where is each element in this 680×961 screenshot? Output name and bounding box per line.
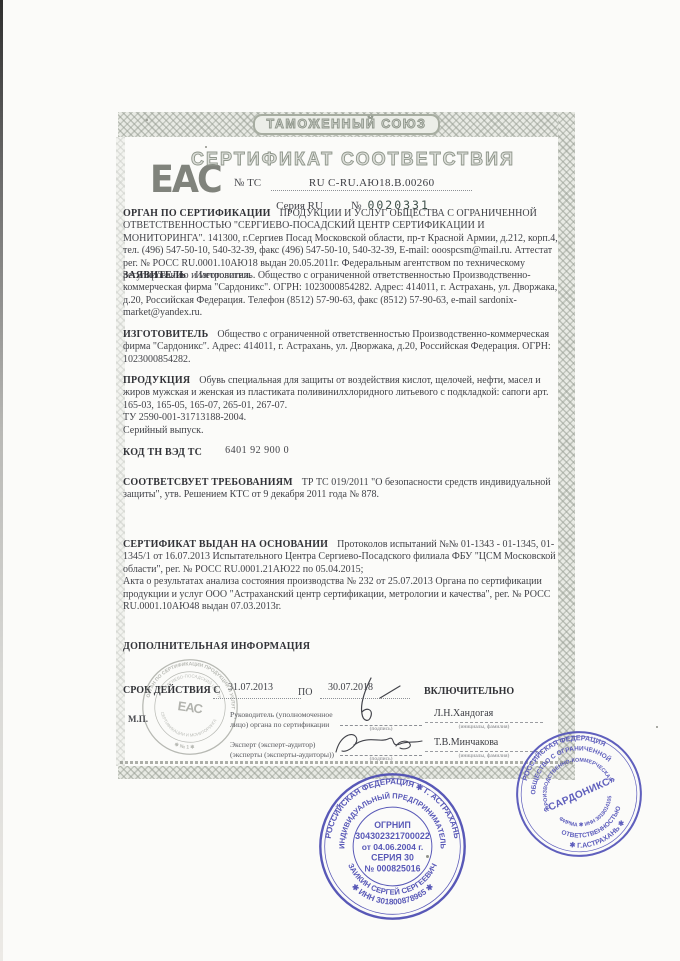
scanned-certificate-page: { "header": { "band_title": "ТАМОЖЕННЫЙ …: [0, 0, 680, 961]
validity-po-label: ПО: [298, 687, 312, 698]
section-label: ЗАЯВИТЕЛЬ: [123, 270, 195, 281]
certificate-number: RU C-RU.АЮ18.В.00260: [271, 177, 472, 191]
stamp-place-label: М.П.: [128, 714, 148, 724]
org-stamp-outer-bottom: ✱ № 1 ✱: [173, 741, 196, 751]
paper-speck: [426, 855, 429, 858]
validity-inclusive-label: ВКЛЮЧИТЕЛЬНО: [424, 686, 514, 697]
right-guilloche-border: [558, 112, 575, 780]
section-label: СЕРТИФИКАТ ВЫДАН НА ОСНОВАНИИ: [123, 539, 337, 550]
certificate-title: СЕРТИФИКАТ СООТВЕТСТВИЯ: [118, 149, 588, 170]
head-name-caption: (инициалы, фамилия): [425, 724, 543, 730]
basis-act-text: Акта о результатах анализа состояния про…: [123, 576, 560, 613]
product-serial-issue: Серийный выпуск.: [123, 425, 560, 437]
head-role-line1: Руководитель (уполномоченное: [230, 710, 350, 720]
section-label: СООТВЕТСВУЕТ ТРЕБОВАНИЯМ: [123, 477, 302, 488]
section-requirements: СООТВЕТСВУЕТ ТРЕБОВАНИЯМТР ТС 019/2011 "…: [123, 477, 560, 502]
scanner-edge-shadow: [0, 0, 3, 961]
ip-stamp-center-blank-no: № 000825016: [365, 864, 421, 874]
expert-name: Т.В.Минчакова: [434, 737, 498, 748]
product-tu: ТУ 2590-001-31713188-2004.: [123, 412, 560, 424]
paper-speck: [656, 726, 658, 728]
top-guilloche-band: ТАМОЖЕННЫЙ СОЮЗ: [118, 112, 575, 137]
paper-speck: [146, 119, 148, 121]
section-applicant: ЗАЯВИТЕЛЬИзготовитель. Общество с ограни…: [123, 270, 560, 320]
section-manufacturer: ИЗГОТОВИТЕЛЬОбщество с ограниченной отве…: [123, 329, 560, 366]
ip-stamp-center-date: от 04.06.2004 г.: [362, 842, 424, 852]
svg-text:✱ № 1 ✱: ✱ № 1 ✱: [173, 741, 196, 751]
tnved-code-value: 6401 92 900 0: [211, 445, 289, 456]
paper-speck: [205, 146, 207, 148]
head-name: Л.Н.Хандогая: [434, 708, 493, 719]
section-product: ПРОДУКЦИЯОбувь специальная для защиты от…: [123, 375, 560, 437]
section-label: ИЗГОТОВИТЕЛЬ: [123, 329, 217, 340]
number-label: № ТС: [234, 177, 261, 189]
expert-signature-ink: [330, 728, 430, 758]
head-name-line: [425, 722, 543, 723]
section-label: ПРОДУКЦИЯ: [123, 375, 199, 386]
certificate-number-row: № ТСRU C-RU.АЮ18.В.00260: [118, 177, 588, 191]
ip-stamp-center-ogrnip: ОГРНИП: [374, 820, 411, 830]
section-label: КОД ТН ВЭД ТС: [123, 447, 211, 458]
section-additional-info: ДОПОЛНИТЕЛЬНАЯ ИНФОРМАЦИЯ: [123, 641, 560, 653]
ip-stamp-center-number: 304302321700022: [355, 831, 430, 841]
org-stamp-eac-icon: ЕАС: [177, 698, 204, 716]
entrepreneur-round-stamp: РОССИЙСКАЯ ФЕДЕРАЦИЯ ✱ Г. АСТРАХАНЬ ✱ ИН…: [305, 759, 480, 934]
ip-stamp-center-series: СЕРИЯ 30: [371, 853, 414, 863]
head-signature-ink: [338, 676, 418, 728]
section-issued-basis: СЕРТИФИКАТ ВЫДАН НА ОСНОВАНИИПротоколов …: [123, 539, 560, 613]
customs-union-banner: ТАМОЖЕННЫЙ СОЮЗ: [253, 114, 441, 135]
section-tnved-code: КОД ТН ВЭД ТС6401 92 900 0: [123, 447, 560, 459]
section-label: ОРГАН ПО СЕРТИФИКАЦИИ: [123, 208, 280, 219]
